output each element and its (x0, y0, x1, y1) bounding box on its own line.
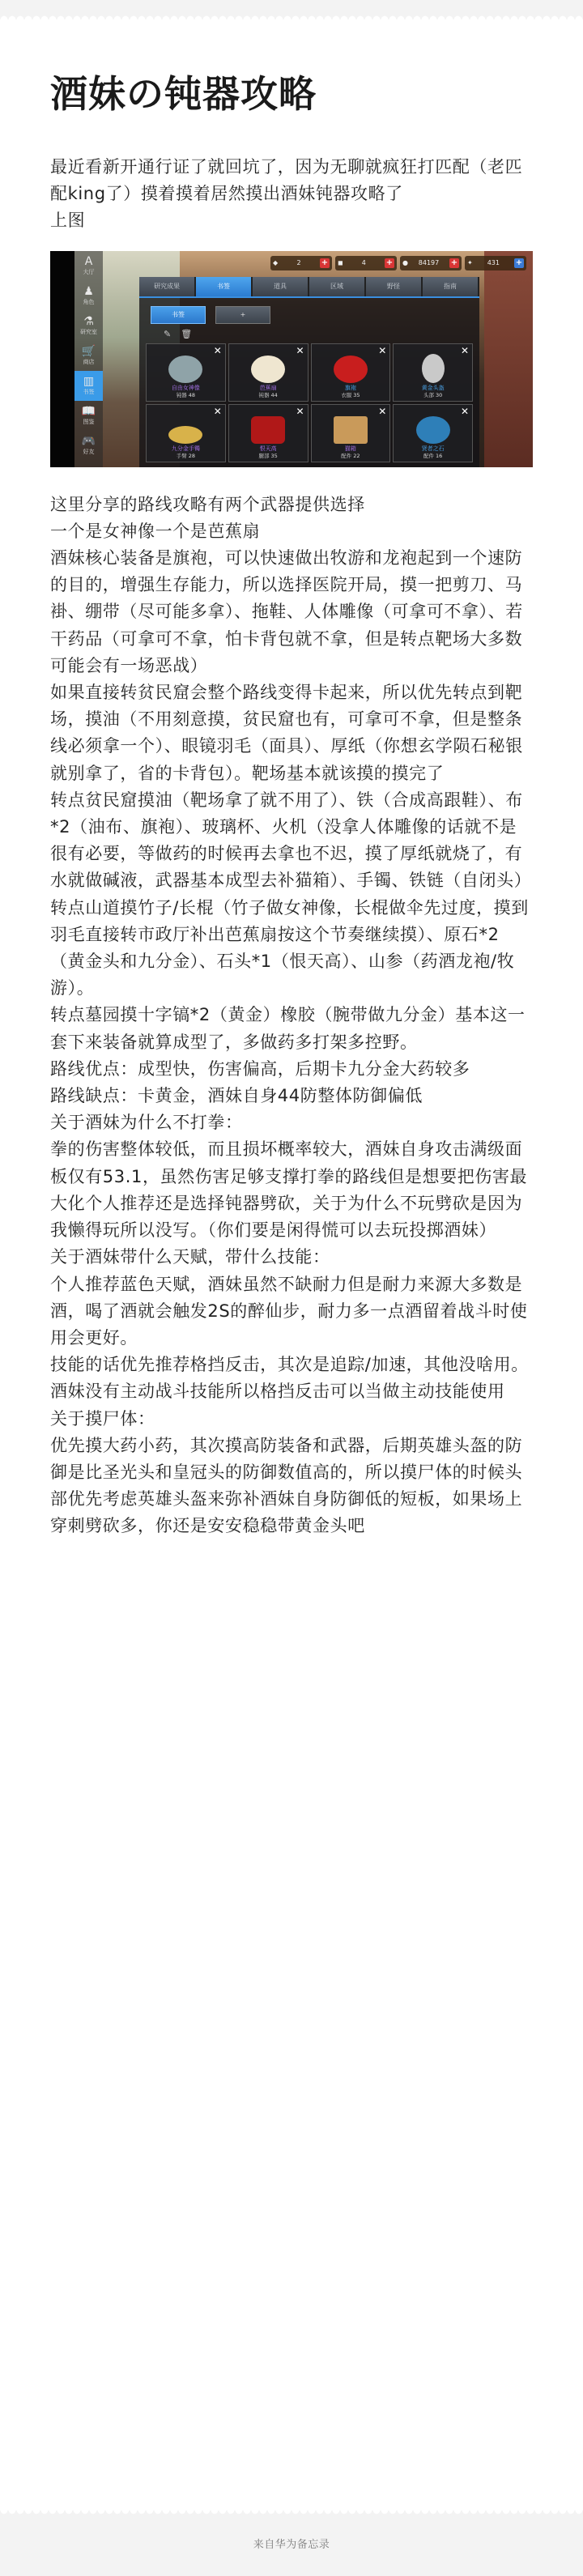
section-heading: 关于酒妹为什么不打拳： (50, 1109, 533, 1136)
gamepad-icon: 🎮 (82, 435, 96, 448)
open-book-icon: 📖 (82, 405, 96, 418)
currency-crystal: ◆2+ (270, 256, 332, 270)
close-icon: ✕ (214, 345, 222, 356)
pencil-icon: ✎ (164, 329, 171, 340)
close-icon: ✕ (296, 406, 304, 417)
game-sidebar: A大厅 ♟角色 ⚗研究室 🛒商店 ▥书签 📖图鉴 🎮好友 (74, 251, 103, 467)
intro-paragraph: 最近看新开通行证了就回坑了，因为无聊就疯狂打匹配（老匹配king了）摸着摸着居然… (50, 154, 533, 207)
note-content: 酒妹の钝器攻略 最近看新开通行证了就回坑了，因为无聊就疯狂打匹配（老匹配king… (0, 15, 583, 2510)
game-item: ✕恨天高腿部 35 (228, 404, 309, 462)
game-item: ✕芭蕉扇钝器 44 (228, 343, 309, 402)
item-stone-icon (416, 416, 450, 444)
game-tools: ✎ 🗑 (139, 327, 479, 342)
route-pros: 路线优点：成型快，伤害偏高，后期卡九分金大药较多 (50, 1056, 533, 1083)
item-box-icon (334, 416, 368, 444)
route-cons: 路线缺点：卡黄金，酒妹自身44防整体防御偏低 (50, 1083, 533, 1109)
close-icon: ✕ (461, 345, 469, 356)
body-paragraph: 一个是女神像一个是芭蕉扇 (50, 518, 533, 545)
note-title: 酒妹の钝器攻略 (50, 70, 533, 118)
currency-ticket: ◼4+ (335, 256, 397, 270)
close-icon: ✕ (214, 406, 222, 417)
game-item: ✕九分金手镯手臂 28 (146, 404, 226, 462)
game-item: ✕旗袍衣服 35 (311, 343, 391, 402)
game-tabs: 研究成果 书签 道具 区域 野怪 指南 (139, 277, 479, 296)
game-tab: 道具 (253, 277, 309, 296)
source-footer: 来自华为备忘录 (0, 2510, 583, 2575)
game-sidebar-item: 🎮好友 (74, 431, 103, 461)
cart-icon: 🛒 (82, 345, 96, 358)
game-item-grid: ✕自由女神像钝器 48 ✕芭蕉扇钝器 44 ✕旗袍衣服 35 ✕黄金头盔头部 3… (139, 342, 479, 464)
body-paragraph: 这里分享的路线攻略有两个武器提供选择 (50, 492, 533, 518)
body-paragraph: 技能的话优先推荐格挡反击，其次是追踪/加速，其他没啥用。酒妹没有主动战斗技能所以… (50, 1352, 533, 1405)
currency-gold: ●84197+ (400, 256, 462, 270)
coin-icon: ● (402, 259, 408, 266)
top-strip (0, 0, 583, 15)
game-currency-bar: ◆2+ ◼4+ ●84197+ ✦431+ (270, 256, 526, 270)
game-sub-tab-add: + (215, 306, 270, 324)
note-body: 这里分享的路线攻略有两个武器提供选择 一个是女神像一个是芭蕉扇 酒妹核心装备是旗… (50, 492, 533, 1540)
body-paragraph: 优先摸大药小药，其次摸高防装备和武器，后期英雄头盔的防御是比圣光头和皇冠头的防御… (50, 1433, 533, 1540)
body-paragraph: 个人推荐蓝色天赋，酒妹虽然不缺耐力但是耐力来源大多数是酒，喝了酒就会触发2S的醉… (50, 1271, 533, 1352)
currency-bp: ✦431+ (465, 256, 526, 270)
plus-icon: + (449, 258, 459, 268)
game-item: ✕黄金头盔头部 30 (393, 343, 473, 402)
lobby-icon: A (85, 255, 93, 268)
plus-icon: + (320, 258, 330, 268)
body-paragraph: 转点山道摸竹子/长棍（竹子做女神像，长棍做伞先过度，摸到羽毛直接转市政厅补出芭蕉… (50, 895, 533, 1003)
close-icon: ✕ (378, 406, 386, 417)
item-heels-icon (251, 416, 285, 444)
item-bracelet-icon (168, 426, 202, 444)
game-tab: 指南 (423, 277, 479, 296)
books-icon: ▥ (83, 375, 94, 388)
plus-icon: + (385, 258, 394, 268)
close-icon: ✕ (461, 406, 469, 417)
intro-image-caption: 上图 (50, 207, 533, 234)
game-tab: 研究成果 (139, 277, 196, 296)
game-sidebar-item: 📖图鉴 (74, 401, 103, 431)
trash-icon: 🗑 (181, 329, 192, 340)
game-sidebar-item: ⚗研究室 (74, 311, 103, 341)
item-fan-icon (251, 356, 285, 383)
game-tab: 区域 (309, 277, 366, 296)
game-item: ✕猫箱配件 22 (311, 404, 391, 462)
game-tab: 野怪 (366, 277, 423, 296)
body-paragraph: 转点墓园摸十字镐*2（黄金）橡胶（腕带做九分金）基本这一套下来装备就算成型了，多… (50, 1002, 533, 1055)
source-label: 来自华为备忘录 (253, 2536, 330, 2551)
game-item: ✕自由女神像钝器 48 (146, 343, 226, 402)
body-paragraph: 拳的伤害整体较低，而且损坏概率较大，酒妹自身攻击满级面板仅有53.1，虽然伤害足… (50, 1136, 533, 1244)
character-icon: ♟ (83, 285, 94, 298)
game-sub-tab-active: 书签 (151, 306, 206, 324)
game-sidebar-item: ♟角色 (74, 281, 103, 311)
body-paragraph: 如果直接转贫民窟会整个路线变得卡起来，所以优先转点到靶场，摸油（不用刻意摸，贫民… (50, 679, 533, 787)
close-icon: ✕ (296, 345, 304, 356)
item-qipao-icon (334, 356, 368, 383)
flask-icon: ⚗ (83, 315, 94, 328)
body-paragraph: 转点贫民窟摸油（靶场拿了就不用了）、铁（合成高跟鞋）、布*2（油布、旗袍）、玻璃… (50, 787, 533, 895)
game-sub-tabs: 书签 + (139, 298, 479, 327)
game-sidebar-item: 🛒商店 (74, 341, 103, 371)
game-sidebar-item: A大厅 (74, 251, 103, 281)
bp-icon: ✦ (467, 259, 473, 266)
section-heading: 关于酒妹带什么天赋，带什么技能： (50, 1244, 533, 1271)
game-hint: 使用书签记录常用物品（装备，食物，材料等） 这将允许玩家们在游戏中更加轻松地选中… (139, 464, 479, 467)
section-heading: 关于摸尸体： (50, 1406, 533, 1433)
close-icon: ✕ (378, 345, 386, 356)
body-paragraph: 酒妹核心装备是旗袍，可以快速做出牧游和龙袍起到一个速防的目的，增强生存能力，所以… (50, 545, 533, 679)
crystal-icon: ◆ (273, 259, 278, 266)
game-tab-active: 书签 (196, 277, 253, 296)
game-bookmark-panel: 研究成果 书签 道具 区域 野怪 指南 书签 + ✎ 🗑 ✕自由女神像钝 (139, 277, 479, 467)
plus-icon: + (514, 258, 524, 268)
item-helmet-icon (422, 354, 445, 383)
embedded-screenshot[interactable]: A大厅 ♟角色 ⚗研究室 🛒商店 ▥书签 📖图鉴 🎮好友 ◆2+ ◼4+ ●84… (50, 251, 533, 467)
game-bookmark-screen: A大厅 ♟角色 ⚗研究室 🛒商店 ▥书签 📖图鉴 🎮好友 ◆2+ ◼4+ ●84… (50, 251, 533, 467)
game-sidebar-item-active: ▥书签 (74, 371, 103, 401)
ticket-icon: ◼ (338, 259, 343, 266)
item-statue-icon (168, 356, 202, 383)
game-item: ✕贤者之石配件 16 (393, 404, 473, 462)
